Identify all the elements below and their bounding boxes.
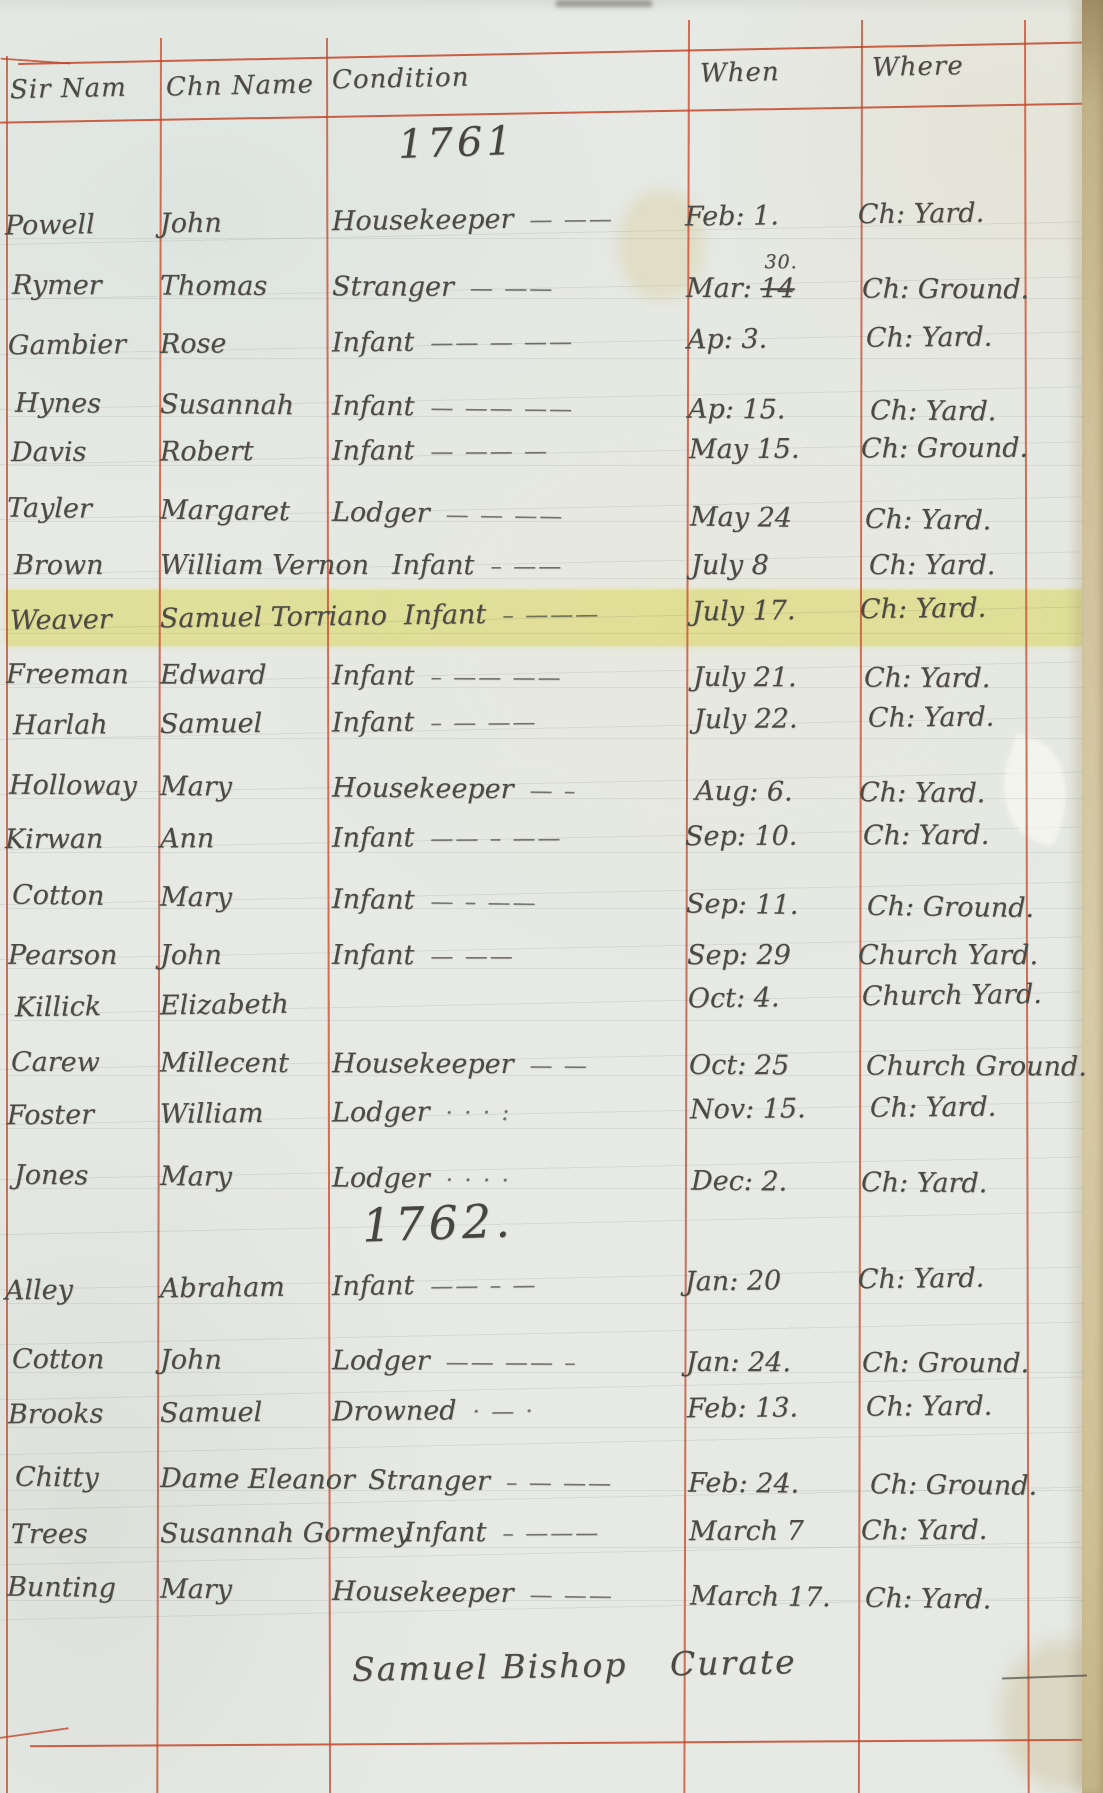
given-cell: John	[160, 1345, 222, 1376]
where-cell: Ch: Ground.	[862, 274, 1029, 306]
when-cell: Jan: 24.	[686, 1347, 791, 1378]
filler-dashes: – — ——	[506, 1470, 613, 1497]
condition-text: Infant	[404, 1517, 487, 1548]
cond-cell: Drowned· — ·	[332, 1395, 535, 1428]
given-cell: Samuel Torriano	[160, 600, 388, 634]
surname-cell: Cotton	[12, 880, 105, 912]
when-cell: Feb: 24.	[688, 1468, 799, 1500]
when-cell: Mar: 1430.	[686, 273, 795, 304]
filler-dashes: – — ——	[430, 710, 537, 737]
rule-header-bottom	[0, 102, 1103, 123]
register-row: CarewMillecentHousekeeper— —Oct: 25Churc…	[0, 1047, 1103, 1094]
filler-dashes: – ———	[502, 602, 600, 629]
when-cell: Oct: 4.	[688, 982, 780, 1014]
condition-text: Infant	[332, 940, 414, 971]
condition-text: Stranger	[368, 1465, 490, 1497]
where-cell: Church Ground.	[866, 1051, 1087, 1083]
rule-footer	[30, 1739, 1103, 1748]
surname-cell: Gambier	[8, 329, 126, 361]
register-row: KirwanAnnInfant—— – ——Sep: 10.Ch: Yard.	[0, 819, 1103, 866]
where-cell: Ch: Yard.	[870, 1092, 997, 1124]
cond-cell: Lodger— — ——	[332, 497, 565, 531]
where-cell: Church Yard.	[858, 940, 1038, 971]
surname-cell: Davis	[11, 437, 87, 468]
when-cell: Nov: 15.	[690, 1093, 806, 1125]
where-cell: Ch: Yard.	[861, 1515, 987, 1547]
where-cell: Ch: Ground.	[867, 891, 1035, 924]
when-cell: March 7	[689, 1516, 804, 1548]
register-row: FreemanEdwardInfant– —— ——July 21.Ch: Ya…	[0, 659, 1103, 706]
filler-dashes: —— —— –	[446, 1350, 578, 1377]
curate-signature: Samuel Bishop Curate	[352, 1642, 797, 1689]
where-cell: Ch: Yard.	[869, 550, 995, 581]
surname-cell: Powell	[5, 209, 95, 241]
when-correction: 1430.	[760, 273, 794, 304]
when-cell: March 17.	[690, 1581, 831, 1614]
given-cell: Robert	[160, 436, 254, 467]
when-cell: Ap: 15.	[688, 394, 786, 426]
given-cell: Mary	[160, 882, 232, 914]
surname-cell: Alley	[5, 1275, 73, 1307]
column-header-when: When	[700, 57, 780, 89]
given-cell: John	[160, 208, 222, 240]
condition-text: Lodger	[332, 1345, 430, 1376]
condition-text: Infant	[332, 884, 415, 916]
column-header-where: Where	[872, 51, 964, 83]
register-row: PearsonJohnInfant— ——Sep: 29Church Yard.	[0, 940, 1103, 982]
condition-text: Lodger	[332, 497, 430, 529]
given-cell: John	[160, 940, 222, 971]
condition-text: Drowned	[332, 1395, 457, 1427]
register-row: KillickElizabethOct: 4.Church Yard.	[0, 978, 1103, 1034]
surname-cell: Foster	[7, 1100, 94, 1132]
cond-cell: Infant— – ——	[332, 884, 538, 918]
given-cell: Thomas	[160, 271, 267, 302]
when-struck-value: 14	[760, 273, 794, 304]
when-corrected-value: 30.	[764, 251, 797, 273]
signature-flourish-dash	[1002, 1675, 1087, 1680]
when-cell: May 15.	[689, 434, 800, 465]
given-cell: Elizabeth	[160, 989, 289, 1022]
register-row: PowellJohnHousekeeper— ——Feb: 1.Ch: Yard…	[0, 196, 1103, 252]
surname-cell: Killick	[15, 991, 102, 1023]
surname-cell: Kirwan	[5, 824, 103, 855]
register-row: BuntingMaryHousekeeper— ——March 17.Ch: Y…	[0, 1571, 1103, 1627]
when-cell: Sep: 11.	[686, 888, 799, 920]
register-row: BrooksSamuelDrowned· — ·Feb: 13.Ch: Yard…	[0, 1390, 1103, 1442]
year-heading: 1761	[397, 118, 516, 168]
surname-cell: Hynes	[15, 388, 101, 420]
cond-cell: Infant– ———	[404, 1517, 600, 1549]
where-cell: Ch: Yard.	[865, 504, 992, 537]
given-cell: Samuel	[160, 708, 262, 740]
register-row: RymerThomasStranger— ——Mar: 1430.Ch: Gro…	[0, 270, 1103, 317]
given-cell: Abraham	[160, 1272, 285, 1305]
filler-dashes: — – ——	[430, 889, 537, 916]
surname-cell: Jones	[14, 1160, 89, 1192]
condition-text: Infant	[332, 1270, 415, 1302]
filler-dashes: — —— ——	[430, 395, 574, 422]
filler-dashes: · · · ·	[446, 1168, 511, 1195]
surname-cell: Trees	[11, 1519, 88, 1550]
when-cell: Feb: 1.	[685, 200, 779, 232]
cond-cell: Stranger— ——	[332, 271, 554, 303]
filler-dashes: · — ·	[472, 1399, 534, 1426]
condition-text: Infant	[332, 327, 415, 359]
register-row: TaylerMargaretLodger— — ——May 24Ch: Yard…	[0, 492, 1103, 548]
surname-cell: Carew	[11, 1047, 100, 1078]
signature-role: Curate	[670, 1642, 797, 1683]
column-header-givenname: Chn Name	[166, 69, 315, 102]
condition-text: Housekeeper	[332, 773, 514, 806]
cond-cell: Infant– — ——	[332, 706, 538, 739]
when-cell: Aug: 6.	[695, 776, 793, 808]
filler-dashes: — –	[529, 778, 577, 804]
where-cell: Ch: Ground.	[862, 1348, 1029, 1380]
surname-cell: Weaver	[10, 604, 112, 636]
given-cell: Mary	[160, 1574, 232, 1606]
when-cell: July 17.	[692, 595, 796, 627]
where-cell: Ch: Yard.	[863, 820, 989, 852]
where-cell: Ch: Yard.	[858, 1263, 985, 1296]
when-cell: Jan: 20	[685, 1265, 782, 1297]
register-row: ChittyDame EleanorStranger– — ——Feb: 24.…	[0, 1462, 1103, 1514]
condition-text: Housekeeper	[332, 204, 514, 237]
given-cell: Margaret	[160, 495, 290, 528]
cond-cell: Housekeeper— ——	[332, 202, 614, 237]
where-cell: Ch: Yard.	[860, 593, 987, 626]
filler-dashes: — — ——	[445, 502, 564, 530]
cond-cell: Housekeeper— —	[332, 1048, 589, 1080]
year-heading: 1762.	[361, 1193, 514, 1252]
condition-text: Infant	[332, 707, 415, 739]
given-cell: William	[160, 1098, 264, 1130]
surname-cell: Freeman	[6, 659, 129, 691]
register-row: HynesSusannahInfant— —— ——Ap: 15.Ch: Yar…	[0, 388, 1103, 440]
filler-dashes: — —— —	[430, 439, 549, 466]
register-row: HollowayMaryHousekeeper— –Aug: 6.Ch: Yar…	[0, 770, 1103, 822]
filler-dashes: · · · :	[445, 1100, 511, 1127]
given-cell: Ann	[160, 823, 214, 854]
register-row: JonesMaryLodger· · · ·Dec: 2.Ch: Yard.	[0, 1160, 1103, 1212]
surname-cell: Bunting	[7, 1572, 116, 1604]
condition-text: Infant	[332, 391, 415, 423]
surname-cell: Cotton	[12, 1344, 104, 1375]
when-cell: Sep: 29	[687, 940, 791, 971]
condition-text: Housekeeper	[332, 1048, 514, 1080]
register-row: FosterWilliamLodger· · · :Nov: 15.Ch: Ya…	[0, 1091, 1103, 1143]
cond-cell: Lodger—— —— –	[332, 1345, 578, 1377]
when-cell: Sep: 10.	[685, 821, 798, 852]
where-cell: Ch: Ground.	[870, 1469, 1037, 1501]
surname-cell: Tayler	[7, 493, 92, 525]
register-row: DavisRobertInfant— —— —May 15.Ch: Ground…	[0, 432, 1103, 479]
given-cell: William Vernon	[160, 550, 369, 581]
given-cell: Mary	[160, 771, 232, 803]
surname-cell: Brooks	[8, 1398, 104, 1430]
filler-dashes: — ——	[470, 276, 554, 302]
condition-text: Infant	[404, 599, 487, 631]
cond-cell: Housekeeper— ——	[332, 1576, 614, 1611]
where-cell: Ch: Ground.	[861, 433, 1028, 465]
when-cell: May 24	[690, 502, 792, 534]
condition-text: Infant	[392, 550, 474, 581]
condition-text: Housekeeper	[332, 1576, 514, 1609]
cond-cell	[332, 988, 348, 1019]
when-cell: Dec: 2.	[691, 1166, 787, 1198]
filler-dashes: – —— ——	[430, 665, 562, 692]
cond-cell: Infant– ——	[392, 550, 563, 581]
condition-text: Stranger	[332, 271, 454, 303]
condition-text: Lodger	[332, 1097, 430, 1129]
column-header-surname: Sir Nam	[10, 73, 127, 105]
cond-cell: Lodger· · · ·	[332, 1163, 511, 1196]
cond-cell: Lodger· · · :	[332, 1096, 512, 1129]
where-cell: Ch: Yard.	[859, 777, 986, 809]
cond-cell: Infant—— – ——	[332, 822, 563, 854]
given-cell: Dame Eleanor	[160, 1463, 355, 1496]
given-cell: Mary	[160, 1161, 232, 1193]
filler-dashes: — ——	[430, 944, 514, 970]
when-cell: Oct: 25	[689, 1050, 789, 1081]
cond-cell: Housekeeper— –	[332, 773, 578, 806]
column-header-condition: Condition	[332, 63, 470, 96]
register-row: GambierRoseInfant—— — ——Ap: 3.Ch: Yard.	[0, 321, 1103, 373]
register-row: CottonJohnLodger—— —— –Jan: 24.Ch: Groun…	[0, 1344, 1103, 1391]
top-edge-smudge	[556, 0, 652, 7]
given-cell: Edward	[160, 660, 267, 691]
where-cell: Church Yard.	[862, 979, 1042, 1012]
filler-dashes: — ——	[529, 1582, 614, 1609]
register-row: HarlahSamuelInfant– — ——July 22.Ch: Yard…	[0, 701, 1103, 753]
burial-register-page: Sir Nam Chn Name Condition When Where 17…	[0, 0, 1103, 1793]
when-cell: July 8	[691, 550, 769, 581]
surname-cell: Pearson	[8, 940, 117, 971]
cond-cell: Infant– —— ——	[332, 660, 563, 692]
filler-dashes: – ———	[502, 1521, 600, 1547]
cond-cell: Infant—— — ——	[332, 325, 574, 358]
given-cell: Millecent	[160, 1048, 289, 1080]
condition-text: Lodger	[332, 1163, 430, 1195]
when-prefix: Mar:	[686, 273, 760, 304]
register-row: CottonMaryInfant— – ——Sep: 11.Ch: Ground…	[0, 879, 1103, 935]
register-row: BrownWilliam VernonInfant– ——July 8Ch: Y…	[0, 550, 1103, 592]
where-cell: Ch: Yard.	[868, 702, 995, 734]
cond-cell: Stranger– — ——	[368, 1465, 613, 1498]
when-cell: Ap: 3.	[687, 324, 768, 356]
surname-cell: Brown	[14, 550, 104, 581]
where-cell: Ch: Yard.	[870, 395, 997, 427]
filler-dashes: — —	[529, 1053, 588, 1079]
rule-footer-curl	[0, 1727, 71, 1755]
surname-cell: Harlah	[13, 709, 108, 741]
register-row: TreesSusannah GormeyInfant– ———March 7Ch…	[0, 1514, 1103, 1561]
where-cell: Ch: Yard.	[861, 1167, 988, 1199]
given-cell: Susannah Gormey	[160, 1517, 410, 1549]
surname-cell: Holloway	[9, 770, 137, 802]
condition-text: Infant	[332, 435, 415, 466]
filler-dashes: – ——	[490, 554, 563, 580]
when-cell: July 21.	[693, 662, 797, 693]
filler-dashes: —— – —	[430, 1272, 537, 1299]
given-cell: Susannah	[160, 389, 294, 421]
cond-cell: Infant— ——	[332, 940, 515, 971]
when-cell: Feb: 13.	[687, 1392, 798, 1424]
condition-text: Infant	[332, 822, 415, 853]
where-cell: Ch: Yard.	[866, 1391, 993, 1423]
where-cell: Ch: Yard.	[865, 1583, 992, 1616]
given-cell: Rose	[160, 328, 227, 360]
condition-text: Infant	[332, 660, 415, 691]
cond-cell: Infant—— – —	[332, 1268, 538, 1302]
where-cell: Ch: Yard.	[864, 663, 990, 695]
when-cell: July 22.	[694, 703, 798, 735]
filler-dashes: —— – ——	[430, 826, 562, 853]
cond-cell: Infant— —— —	[332, 435, 549, 467]
register-row: AlleyAbrahamInfant—— – —Jan: 20Ch: Yard.	[0, 1261, 1103, 1317]
cond-cell: Infant– ———	[404, 598, 601, 632]
where-cell: Ch: Yard.	[866, 322, 993, 354]
filler-dashes: —— — ——	[430, 329, 574, 356]
signature-name: Samuel Bishop	[352, 1645, 628, 1689]
where-cell: Ch: Yard.	[858, 198, 985, 231]
surname-cell: Rymer	[12, 270, 102, 301]
given-cell: Samuel	[160, 1397, 262, 1429]
filler-dashes: — ——	[529, 206, 614, 233]
cond-cell: Infant— —— ——	[332, 391, 574, 424]
surname-cell: Chitty	[15, 1462, 99, 1494]
